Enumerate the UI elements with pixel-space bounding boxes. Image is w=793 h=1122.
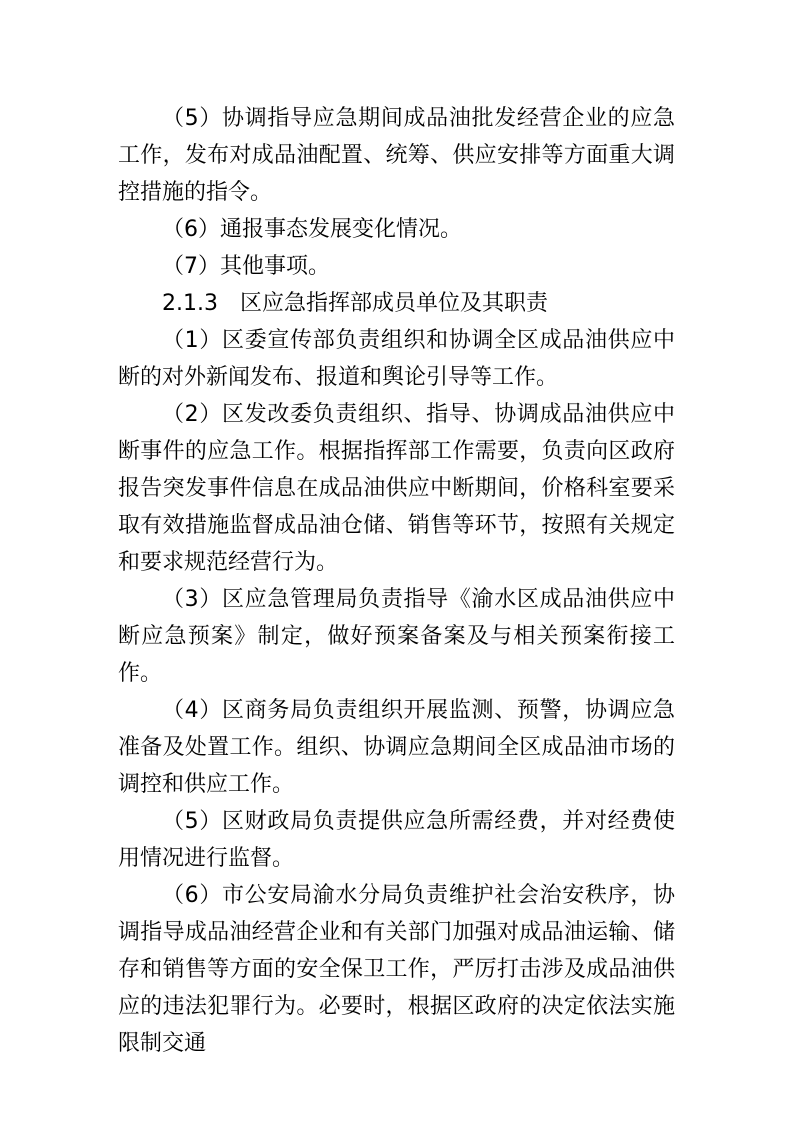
body-paragraph: （6）通报事态发展变化情况。 [118,211,675,248]
body-paragraph: （5）协调指导应急期间成品油批发经营企业的应急工作，发布对成品油配置、统筹、供应… [118,100,675,211]
body-paragraph: （1）区委宣传部负责组织和协调全区成品油供应中断的对外新闻发布、报道和舆论引导等… [118,322,675,396]
body-paragraph: （3）区应急管理局负责指导《渝水区成品油供应中断应急预案》制定，做好预案备案及与… [118,581,675,692]
document-text-block: （5）协调指导应急期间成品油批发经营企业的应急工作，发布对成品油配置、统筹、供应… [118,100,675,1062]
body-paragraph: （4）区商务局负责组织开展监测、预警，协调应急准备及处置工作。组织、协调应急期间… [118,692,675,803]
body-paragraph: （5）区财政局负责提供应急所需经费，并对经费使用情况进行监督。 [118,803,675,877]
section-heading-2-1-3: 2.1.3 区应急指挥部成员单位及其职责 [118,285,675,322]
document-page: （5）协调指导应急期间成品油批发经营企业的应急工作，发布对成品油配置、统筹、供应… [0,0,793,1122]
body-paragraph: （7）其他事项。 [118,248,675,285]
body-paragraph: （6）市公安局渝水分局负责维护社会治安秩序，协调指导成品油经营企业和有关部门加强… [118,877,675,1062]
body-paragraph: （2）区发改委负责组织、指导、协调成品油供应中断事件的应急工作。根据指挥部工作需… [118,396,675,581]
